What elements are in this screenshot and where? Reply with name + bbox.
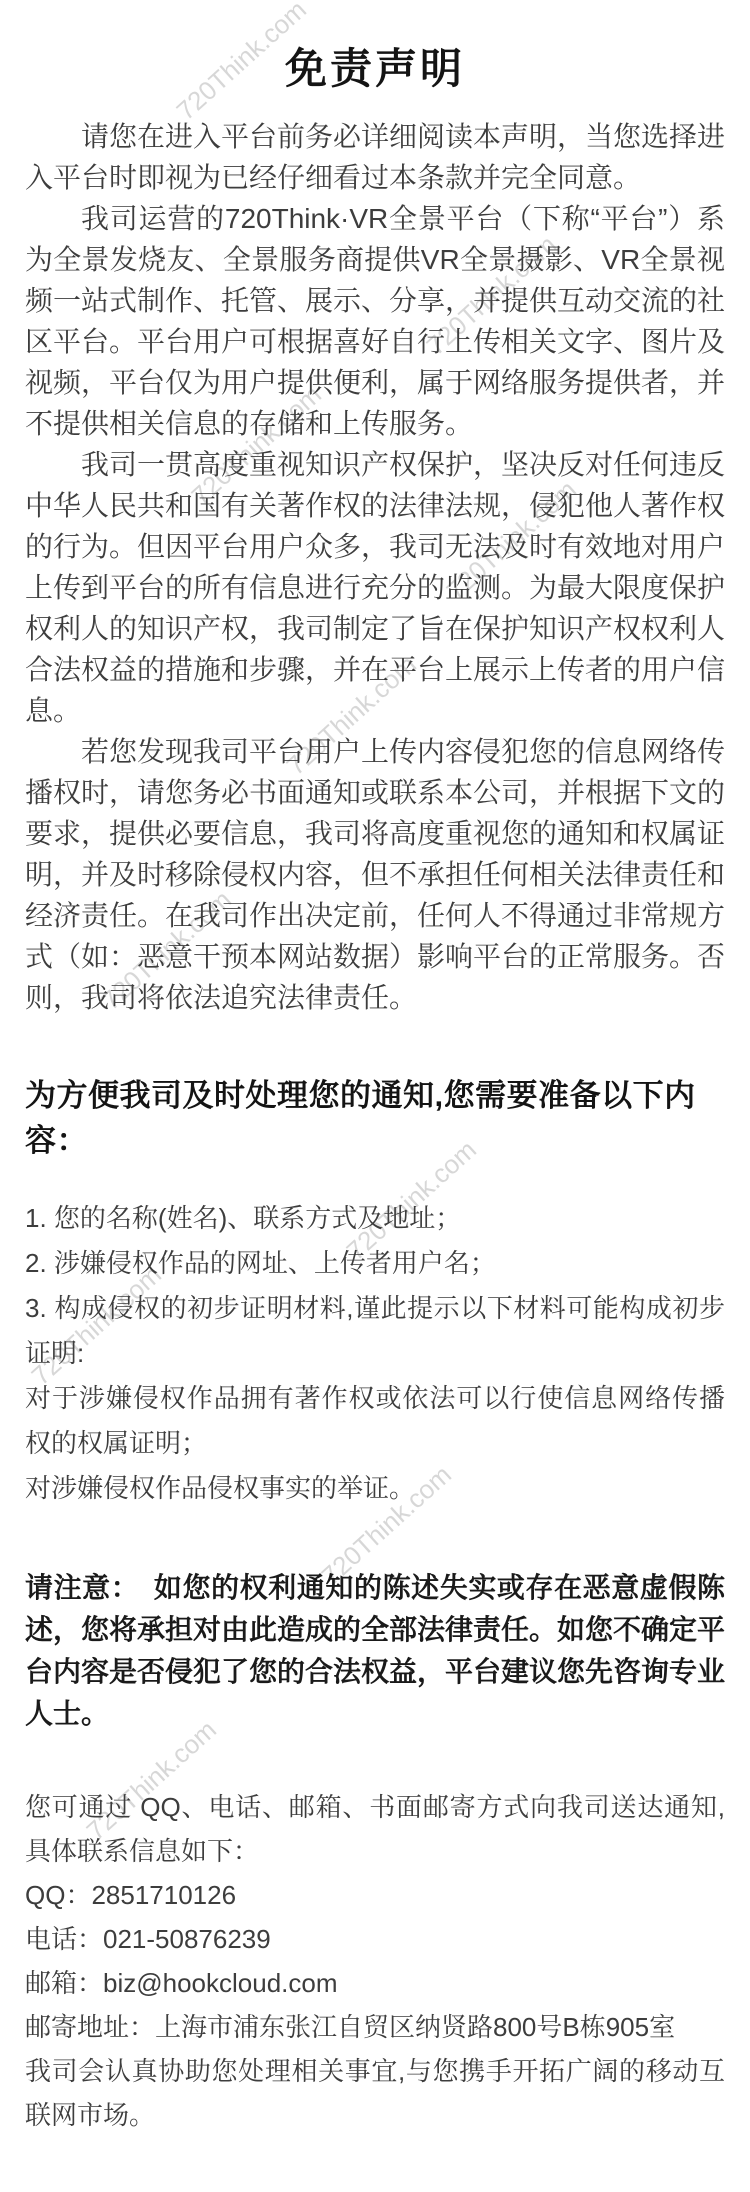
intro-paragraph-1: 请您在进入平台前务必详细阅读本声明，当您选择进入平台时即视为已经仔细看过本条款并… xyxy=(25,116,725,198)
disclaimer-page: 720Think.com720Think.com720Think.com720T… xyxy=(0,0,750,2192)
contact-email: 邮箱：biz@hookcloud.com xyxy=(25,1961,725,2005)
document-content: 免责声明 请您在进入平台前务必详细阅读本声明，当您选择进入平台时即视为已经仔细看… xyxy=(25,36,725,2137)
list-item-2: 2. 涉嫌侵权作品的网址、上传者用户名； xyxy=(25,1241,725,1286)
contact-address: 邮寄地址：上海市浦东张江自贸区纳贤路800号B栋905室 xyxy=(25,2005,725,2049)
notice-paragraph: 请注意： 如您的权利通知的陈述失实或存在恶意虚假陈述，您将承担对由此造成的全部法… xyxy=(25,1567,725,1735)
intro-section: 请您在进入平台前务必详细阅读本声明，当您选择进入平台时即视为已经仔细看过本条款并… xyxy=(25,116,725,1018)
list-item-3: 3. 构成侵权的初步证明材料,谨此提示以下材料可能构成初步证明: xyxy=(25,1286,725,1376)
requirements-heading: 为方便我司及时处理您的通知,您需要准备以下内容： xyxy=(25,1070,725,1160)
contact-phone: 电话：021-50876239 xyxy=(25,1917,725,1961)
contact-intro: 您可通过 QQ、电话、邮箱、书面邮寄方式向我司送达通知,具体联系信息如下： xyxy=(25,1785,725,1873)
requirements-list: 1. 您的名称(姓名)、联系方式及地址； 2. 涉嫌侵权作品的网址、上传者用户名… xyxy=(25,1196,725,1511)
page-title: 免责声明 xyxy=(25,36,725,96)
intro-paragraph-4: 若您发现我司平台用户上传内容侵犯您的信息网络传播权时，请您务必书面通知或联系本公… xyxy=(25,731,725,1018)
list-item-1: 1. 您的名称(姓名)、联系方式及地址； xyxy=(25,1196,725,1241)
intro-paragraph-2: 我司运营的720Think·VR全景平台（下称“平台”）系为全景发烧友、全景服务… xyxy=(25,198,725,444)
contact-closing: 我司会认真协助您处理相关事宜,与您携手开拓广阔的移动互联网市场。 xyxy=(25,2049,725,2137)
list-item-4: 对于涉嫌侵权作品拥有著作权或依法可以行使信息网络传播权的权属证明； xyxy=(25,1376,725,1466)
list-item-5: 对涉嫌侵权作品侵权事实的举证。 xyxy=(25,1466,725,1511)
contact-section: 您可通过 QQ、电话、邮箱、书面邮寄方式向我司送达通知,具体联系信息如下： QQ… xyxy=(25,1785,725,2137)
intro-paragraph-3: 我司一贯高度重视知识产权保护，坚决反对任何违反中华人民共和国有关著作权的法律法规… xyxy=(25,444,725,731)
contact-qq: QQ：2851710126 xyxy=(25,1873,725,1917)
